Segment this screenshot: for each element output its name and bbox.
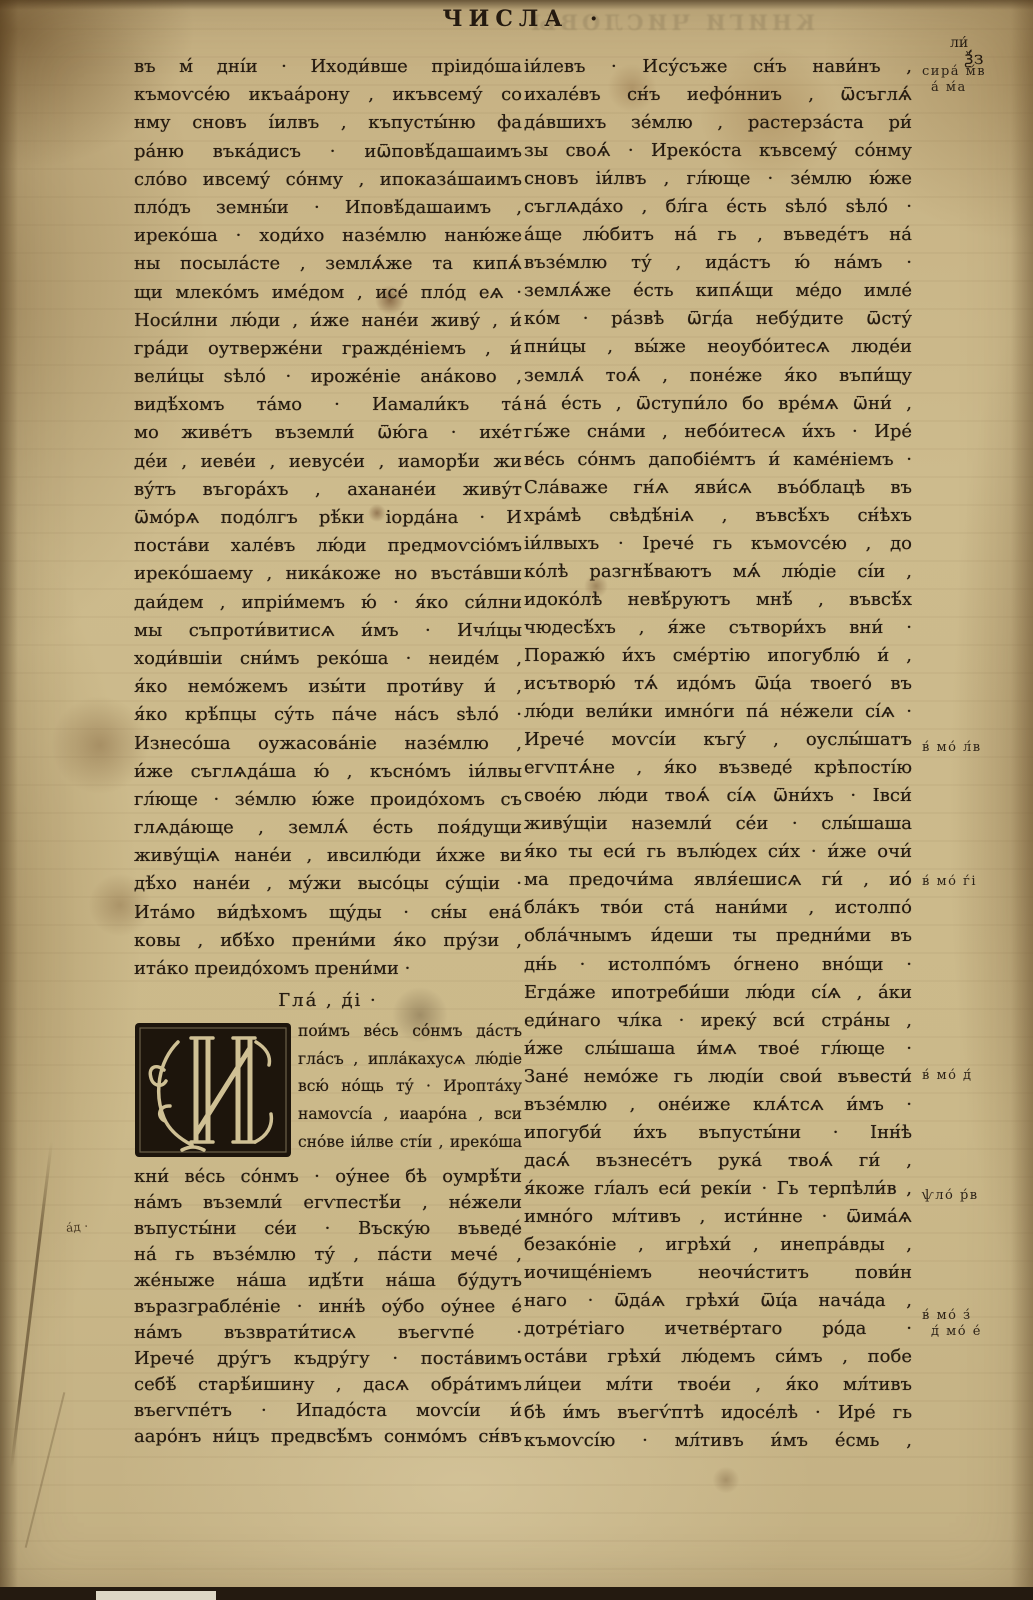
text-line: Ирече́ дру́гъ къдру́гу · поста́вимъ [134,1348,522,1374]
text-line: всю́ но́щь ту́ · Иропта́ху [298,1077,522,1105]
text-line: въ м́ дні́и · Иходи́вше пріидо́ша [134,56,522,84]
text-line: Сла́важе гн́ѧ яви́сѧ въо́блацѣ въ [524,477,912,505]
text-line: Поражю́ и́хъ сме́ртію ипогублю́ и́ , [524,645,912,673]
text-line: живу́щіи наземли́ се́и · слы́шаша [524,813,912,841]
text-line: иочище́ніемъ неочи́ститъ пови́н [524,1262,912,1290]
initial-indented-lines: пои́мъ ве́сь со́нмъ да́стъгла́съ , ипла́… [292,1022,522,1160]
margin-note-psalm: ѱло́ р́в [922,1188,1027,1204]
text-line: видѣ́хомъ та́мо · Иамали́къ та́ [134,394,522,422]
margin-gloss-left: а́д · [65,1219,88,1235]
text-line: я́коже гл́алъ еси́ рекі́и · Гь терпѣли́в… [524,1178,912,1206]
text-line: Зане́ немо́же гь люді́и свои́ въвести́ [524,1066,912,1094]
text-line: ѿмо́рѧ подо́лгъ рѣ́ки іорда́на · И [134,507,522,535]
text-line: лю́ди вели́ки имно́ги па́ не́жели сі́ѧ · [524,701,912,729]
text-line: наго · ѿда́ѧ грѣхи́ ѿц́а нача́да , [524,1290,912,1318]
text-line: Егда́же ипотреби́ши лю́ди сі́ѧ , а́ки [524,982,912,1010]
margin-note-line: сира́ м́в [922,64,1027,80]
text-line: ра́ню въка́дисъ · иѿповѣ́дашаимъ [134,141,522,169]
text-line: іи́левъ · Ису́съже сн́ъ нави́нъ , [524,56,912,84]
text-column-left: въ м́ дні́и · Иходи́вше пріидо́шакъмоѵсе… [134,56,522,1452]
text-line: щи млеко́мъ име́дом , исе́ пло́д еѧ · [134,282,522,310]
text-line: и́же съглѧда́ша ю́ , късно́мъ іи́лвы [134,761,522,789]
paper-crack [10,1141,53,1469]
text-line: гла́съ , ипла́кахусѧ лю́діе [298,1050,522,1078]
margin-note-exodus-32: в́ мо́ л́в [922,740,1027,756]
text-line: бѣ и́мъ въегѵ́птѣ идосе́лѣ · Ире́ гь [524,1402,912,1430]
text-line: исътворю́ тѧ́ идо́мъ ѿц́а твоего́ въ [524,673,912,701]
text-line: де́и , иеве́и , иевусе́и , иаморѣ́и жи [134,451,522,479]
text-line: Носи́лни лю́ди , и́же нане́и живу́ , и́ [134,310,522,338]
text-line: свое́ю лю́ди твоѧ́ сі́ѧ ѿни́хъ · Івси́ [524,785,912,813]
text-line: сло́во ивсему́ со́нму , ипоказа́шаимъ [134,169,522,197]
text-line: на́мъ възврати́тисѧ въегѵпе́ · [134,1322,522,1348]
text-column-right: іи́левъ · Ису́съже сн́ъ нави́нъ ,ихале́в… [524,56,912,1458]
text-line: ипогуби́ и́хъ въпусты́ни · Інн́ѣ [524,1122,912,1150]
text-line: на́ гь възе́млю ту́ , па́сти мече́ , [134,1244,522,1270]
text-line: ита́ко преидо́хомъ прени́ми · [134,958,522,986]
text-line: Ита́мо ви́дѣхомъ щу́ды · сн́ы ена́ [134,902,522,930]
scripture-lines-numbers-13: въ м́ дні́и · Иходи́вше пріидо́шакъмоѵсе… [134,56,522,986]
text-line: Ирече́ моѵсі́и къгу́ , оуслы́шатъ [524,729,912,757]
text-line: Изнесо́ша оужасова́ніе назе́млю , [134,733,522,761]
chapter-opening-row: И [134,1022,522,1160]
text-line: живу́щіѧ нане́и , ивсилю́ди и́хже ви [134,845,522,873]
text-line: намоѵсі́а , иааро́на , вси [298,1105,522,1133]
folio-letters: ли́ [950,36,1018,50]
text-line: гра́ди оутверже́ни гражде́ніемъ , и́ [134,338,522,366]
text-line: на́мъ въземли́ егѵпестѣ́и , не́жели [134,1192,522,1218]
text-line: и́же слы́шаша и́мѧ твое́ гл́юще · [524,1038,912,1066]
text-line: кни́ ве́сь со́нмъ · оу́нее бѣ оумрѣ́ти [134,1166,522,1192]
text-line: имно́го мл́тивъ , исти́нне · ѿима́ѧ [524,1206,912,1234]
text-line: а́ще лю́битъ на́ гь , въведе́тъ на́ [524,224,912,252]
text-line: въпусты́ни се́и · Въску́ю въведе́ [134,1218,522,1244]
text-line: іи́лвыхъ · Ірече́ гь къмоѵсе́ю , до [524,533,912,561]
text-line: ны посыла́сте , землѧ́же та кипѧ́ [134,253,522,281]
text-line: землѧ́ тоѧ́ , поне́же я́ко въпи́щу [524,365,912,393]
text-line: я́ко ты еси́ гь вълю́дех си́х · и́же очи… [524,841,912,869]
text-line: нму сновъ і́илвъ , къпусты́ню фа [134,112,522,140]
margin-note-exodus-deut: в́ мо́ з́ д́ мо́ е́ [922,1308,1027,1340]
text-line: ихале́въ сн́ъ иефо́нниъ , ѿсъглѧ́ [524,84,912,112]
woodcut-initial-letter: И [134,1022,292,1160]
text-line: еди́наго чл́ка · иреку́ вси́ стра́ны , [524,1010,912,1038]
scripture-lines-right: іи́левъ · Ису́съже сн́ъ нави́нъ ,ихале́в… [524,56,912,1458]
text-line: да́вшихъ зе́млю , растерза́ста ри́ [524,112,912,140]
text-line: пло́дъ земны́и · Иповѣ́дашаимъ , [134,197,522,225]
text-line: себѣ́ старѣ́ишину , дасѧ обра́тимъ [134,1374,522,1400]
text-line: къмоѵсі́ю · мл́тивъ и́мъ е́смь , [524,1430,912,1458]
text-line: пни́цы , вы́же неоубо́итесѧ люде́и [524,336,912,364]
text-line: ве́сь со́нмъ дапобіе́мтъ и́ каме́ніемъ · [524,449,912,477]
text-line: ааро́нъ ни́цъ предвсѣ́мъ сонмо́мъ сн́въ [134,1426,522,1452]
text-line: въразграбле́ніе · инн́ѣ оу́бо оу́нее е́ [134,1296,522,1322]
margin-note-line: а́ м́а [922,80,1027,96]
text-line: ходи́вшіи сни́мъ реко́ша · неиде́м , [134,648,522,676]
text-line: чюдесѣ́хъ , я́же сътвори́хъ вни́ · [524,617,912,645]
text-line: ко́лѣ разгнѣ́ваютъ мѧ́ лю́діе сі́и , [524,561,912,589]
text-line: вели́цы ѕѣло́ · ироже́ніе ана́ково , [134,366,522,394]
text-line: къмоѵсе́ю икъаа́рону , икъвсему́ со [134,84,522,112]
folio-number: ли́ ѯ́з [948,36,1018,66]
margin-note-line: д́ мо́ е́ [922,1324,1027,1340]
margin-note-sirach: сира́ м́в а́ м́а [922,64,1027,96]
text-line: глѧда́юще , землѧ́ е́сть поя́дущи [134,817,522,845]
text-line: на́ е́сть , ѿступи́ло бо вре́мѧ ѿни́ , [524,393,912,421]
text-line: же́ныже на́ша идѣ́ти на́ша бу́дутъ [134,1270,522,1296]
text-line: землѧ́же е́сть кипѧ́щи ме́до имле́ [524,280,912,308]
text-line: сно́ве іи́лве сті́и , иреко́ша [298,1133,522,1161]
text-line: гл́юще · зе́млю ю́же проидо́хомъ съ [134,789,522,817]
text-line: дн́ь · истолпо́мъ о́гнено вно́щи · [524,954,912,982]
text-line: ли́цеи мл́ти твое́и , я́ко мл́тивъ [524,1374,912,1402]
running-title: ЧИСЛА · [134,6,912,32]
text-line: мы съпроти́витисѧ и́мъ · Ичл́цы [134,620,522,648]
text-line: ву́тъ въгора́хъ , аханане́и живу́т [134,479,522,507]
paper-crack-small [25,1392,66,1548]
text-line: обла́чнымъ и́деши ты предни́ми въ [524,925,912,953]
text-line: гь́же сна́ми , небо́итесѧ и́хъ · Ире́ [524,421,912,449]
text-line: възе́млю , оне́иже клѧ́тсѧ и́мъ · [524,1094,912,1122]
text-line: иреко́ша · ходи́хо назе́млю наню́же [134,225,522,253]
margin-note-line: в́ мо́ з́ [922,1308,1027,1324]
text-line: ковы , ибѣ́хо прени́ми я́ко пру́зи , [134,930,522,958]
text-line: бла́къ тво́и ста́ нани́ми , истолпо́ [524,897,912,925]
text-line: я́ко крѣ́пцы су́ть па́че на́съ ѕѣло́ · [134,704,522,732]
text-line: дотре́тіаго ичетве́ртаго ро́да · [524,1318,912,1346]
text-line: дасѧ́ възнесе́тъ рука́ твоѧ́ ги́ , [524,1150,912,1178]
text-line: ко́м · ра́звѣ ѿгд́а небу́дите ѿсту́ [524,308,912,336]
chapter-heading: Гла́ , д́і · [134,990,522,1018]
text-line: егѵптѧ́не , я́ко възведе́ крѣпості́ю [524,757,912,785]
text-line: иреко́шаему , ника́коже но въста́вши [134,563,522,591]
text-line: безако́ніе , игрѣхи́ , инепра́вды , [524,1234,912,1262]
text-line: въегѵпе́тъ · Ипадо́ста моѵсі́и и́ [134,1400,522,1426]
page-under-edge [96,1591,216,1600]
text-line: ма предочи́ма явля́ешисѧ ги́ , ио́ [524,869,912,897]
text-line: я́ко немо́жемъ изы́ти проти́ву и́ , [134,676,522,704]
text-line: оста́ви грѣхи́ лю́демъ си́мъ , побе [524,1346,912,1374]
text-line: мо живе́тъ въземли́ ѿю́га · ихе́т [134,422,522,450]
text-line: дѣ́хо нане́и , му́жи высо́цы су́щіи · [134,873,522,901]
text-line: поста́ви хале́въ лю́ди предмоѵсіо́мъ [134,535,522,563]
text-line: възе́млю ту́ , ида́стъ ю́ на́мъ · [524,252,912,280]
margin-note-exodus-13: в́ мо́ ѓі [922,874,1027,890]
scanned-book-page: КНИГИ ЧИСЛОВЫ ЧИСЛА · ли́ ѯ́з въ м́ дні́… [0,0,1033,1600]
text-line: даи́дем , ипріи́мемъ ю́ · я́ко си́лни [134,592,522,620]
scripture-lines-numbers-14: кни́ ве́сь со́нмъ · оу́нее бѣ оумрѣ́тина… [134,1166,522,1452]
text-line: идоко́лѣ невѣ́руютъ мнѣ́ , въвсѣ́х [524,589,912,617]
text-line: пои́мъ ве́сь со́нмъ да́стъ [298,1022,522,1050]
text-line: хра́мѣ свѣдѣ́ніѧ , въвсѣ́хъ сн́ѣхъ [524,505,912,533]
text-line: сновъ іи́лвъ , гл́юще · зе́млю ю́же [524,168,912,196]
text-line: съглѧда́хо , бл́га е́сть ѕѣло́ ѕѣло́ · [524,196,912,224]
text-line: зы своѧ́ · Иреко́ста къвсему́ со́нму [524,140,912,168]
margin-note-exodus-4: в́ мо́ д́ [922,1068,1027,1084]
